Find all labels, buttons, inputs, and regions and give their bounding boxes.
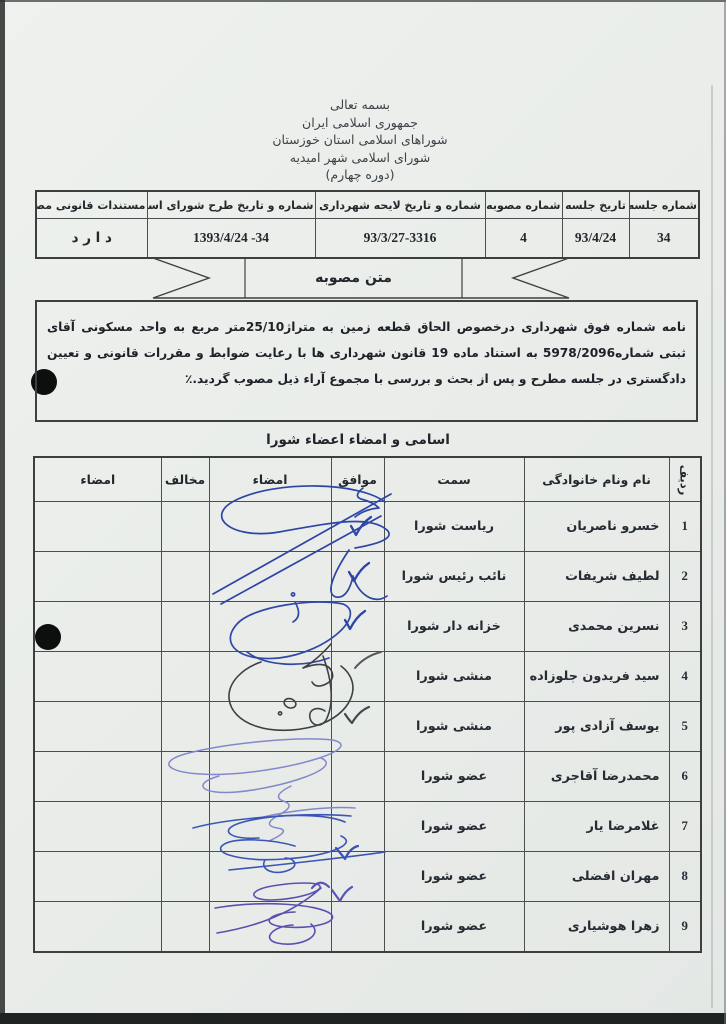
member-name: خسرو ناصریان — [524, 502, 669, 552]
member-name: نسرین محمدی — [524, 602, 669, 652]
member-no: 6 — [669, 752, 701, 802]
resolution-banner: متن مصوبه — [152, 257, 570, 299]
member-position: خزانه دار شورا — [384, 602, 524, 652]
signature-cell — [34, 852, 161, 902]
signature-cell — [209, 552, 331, 602]
meta-header-resolution-no: شماره مصوبه — [485, 191, 562, 219]
member-no: 4 — [669, 652, 701, 702]
signature-cell — [209, 852, 331, 902]
member-row: 5 یوسف آزادی پور منشی شورا — [34, 702, 701, 752]
member-name: زهرا هوشیاری — [524, 902, 669, 953]
member-row: 6 محمدرضا آقاجری عضو شورا — [34, 752, 701, 802]
member-name: غلامرضا یار — [524, 802, 669, 852]
resolution-line: نامه شماره فوق شهرداری درخصوص الحاق قطعه… — [47, 314, 686, 340]
col-header-oppose: مخالف — [161, 457, 209, 502]
member-name: سید فریدون جلوزاده — [524, 652, 669, 702]
signature-cell — [34, 602, 161, 652]
meta-header-bill: شماره و تاریخ لایحه شهرداری — [315, 191, 485, 219]
scan-edge-top — [0, 0, 726, 2]
header-line-city-council: شورای اسلامی شهر امیدیه — [0, 149, 720, 167]
member-position: منشی شورا — [384, 652, 524, 702]
signature-cell — [209, 802, 331, 852]
signature-cell — [34, 902, 161, 953]
col-header-position: سمت — [384, 457, 524, 502]
meta-header-row: شماره جلسه تاریخ جلسه شماره مصوبه شماره … — [36, 191, 699, 219]
member-name: یوسف آزادی پور — [524, 702, 669, 752]
header-line-basmala: بسمه تعالی — [0, 96, 720, 114]
signatures-section-title: اسامی و امضاء اعضاء شورا — [0, 432, 716, 448]
agree-cell — [331, 502, 384, 552]
signature-cell — [34, 802, 161, 852]
col-header-row-no: ردیف — [669, 457, 701, 502]
member-no: 7 — [669, 802, 701, 852]
signature-cell — [209, 902, 331, 953]
member-no: 9 — [669, 902, 701, 953]
meta-value-row: 34 93/4/24 4 93/3/27-3316 1393/4/24 -34 … — [36, 219, 699, 259]
meta-table: شماره جلسه تاریخ جلسه شماره مصوبه شماره … — [35, 190, 700, 259]
member-row: 2 لطیف شریفات نائب رئیس شورا — [34, 552, 701, 602]
member-row: 9 زهرا هوشیاری عضو شورا — [34, 902, 701, 953]
header-line-term: (دوره چهارم) — [0, 166, 720, 184]
oppose-cell — [161, 902, 209, 953]
member-no: 2 — [669, 552, 701, 602]
member-name: لطیف شریفات — [524, 552, 669, 602]
signatures-table: ردیف نام ونام خانوادگی سمت موافق امضاء م… — [33, 456, 702, 953]
signature-cell — [34, 752, 161, 802]
member-row: 7 غلامرضا یار عضو شورا — [34, 802, 701, 852]
meta-value-legal-docs: د ا ر د — [36, 219, 147, 259]
member-position: عضو شورا — [384, 752, 524, 802]
signature-cell — [209, 502, 331, 552]
agree-cell — [331, 902, 384, 953]
member-position: عضو شورا — [384, 852, 524, 902]
col-header-signature-agree: امضاء — [209, 457, 331, 502]
signatures-header-row: ردیف نام ونام خانوادگی سمت موافق امضاء م… — [34, 457, 701, 502]
signature-cell — [34, 552, 161, 602]
meta-value-session-date: 93/4/24 — [562, 219, 629, 259]
member-position: عضو شورا — [384, 802, 524, 852]
oppose-cell — [161, 502, 209, 552]
header-line-province-councils: شوراهای اسلامی استان خوزستان — [0, 131, 720, 149]
agree-cell — [331, 752, 384, 802]
header-line-country: جمهوری اسلامی ایران — [0, 114, 720, 132]
member-name: مهران افضلی — [524, 852, 669, 902]
agree-cell — [331, 852, 384, 902]
member-name: محمدرضا آقاجری — [524, 752, 669, 802]
agree-cell — [331, 552, 384, 602]
meta-header-legal-docs: مستندات قانونی مصوبه — [36, 191, 147, 219]
member-row: 3 نسرین محمدی خزانه دار شورا — [34, 602, 701, 652]
member-no: 3 — [669, 602, 701, 652]
meta-header-session-date: تاریخ جلسه — [562, 191, 629, 219]
oppose-cell — [161, 552, 209, 602]
meta-value-session-no: 34 — [629, 219, 699, 259]
signature-cell — [34, 702, 161, 752]
signature-cell — [209, 652, 331, 702]
agree-cell — [331, 702, 384, 752]
oppose-cell — [161, 752, 209, 802]
oppose-cell — [161, 602, 209, 652]
banner-title: متن مصوبه — [245, 257, 462, 299]
oppose-cell — [161, 852, 209, 902]
resolution-text-box: نامه شماره فوق شهرداری درخصوص الحاق قطعه… — [35, 300, 698, 422]
meta-value-resolution-no: 4 — [485, 219, 562, 259]
member-no: 1 — [669, 502, 701, 552]
meta-value-plan: 1393/4/24 -34 — [147, 219, 315, 259]
member-position: منشی شورا — [384, 702, 524, 752]
resolution-line: ثبتی شماره5978/2096 به استناد ماده 19 قا… — [47, 340, 686, 366]
oppose-cell — [161, 802, 209, 852]
signature-cell — [34, 652, 161, 702]
paper-edge-shadow — [711, 85, 713, 1008]
meta-value-bill: 93/3/27-3316 — [315, 219, 485, 259]
signature-cell — [209, 752, 331, 802]
member-row: 8 مهران افضلی عضو شورا — [34, 852, 701, 902]
agree-cell — [331, 802, 384, 852]
meta-header-session-no: شماره جلسه — [629, 191, 699, 219]
oppose-cell — [161, 652, 209, 702]
scan-edge-bottom — [0, 1013, 726, 1024]
signature-cell — [34, 502, 161, 552]
member-row: 4 سید فریدون جلوزاده منشی شورا — [34, 652, 701, 702]
signature-cell — [209, 602, 331, 652]
meta-header-plan: شماره و تاریخ طرح شورای اسلامی — [147, 191, 315, 219]
agree-cell — [331, 602, 384, 652]
col-header-agree: موافق — [331, 457, 384, 502]
oppose-cell — [161, 702, 209, 752]
member-no: 8 — [669, 852, 701, 902]
member-no: 5 — [669, 702, 701, 752]
member-row: 1 خسرو ناصریان ریاست شورا — [34, 502, 701, 552]
scanned-document-page: بسمه تعالی جمهوری اسلامی ایران شوراهای ا… — [0, 0, 726, 1024]
signature-cell — [209, 702, 331, 752]
document-header: بسمه تعالی جمهوری اسلامی ایران شوراهای ا… — [0, 96, 720, 184]
agree-cell — [331, 652, 384, 702]
col-header-name: نام ونام خانوادگی — [524, 457, 669, 502]
member-position: عضو شورا — [384, 902, 524, 953]
resolution-line: دادگستری در جلسه مطرح و پس از بحث و بررس… — [47, 366, 686, 392]
member-position: نائب رئیس شورا — [384, 552, 524, 602]
member-position: ریاست شورا — [384, 502, 524, 552]
col-header-signature-oppose: امضاء — [34, 457, 161, 502]
